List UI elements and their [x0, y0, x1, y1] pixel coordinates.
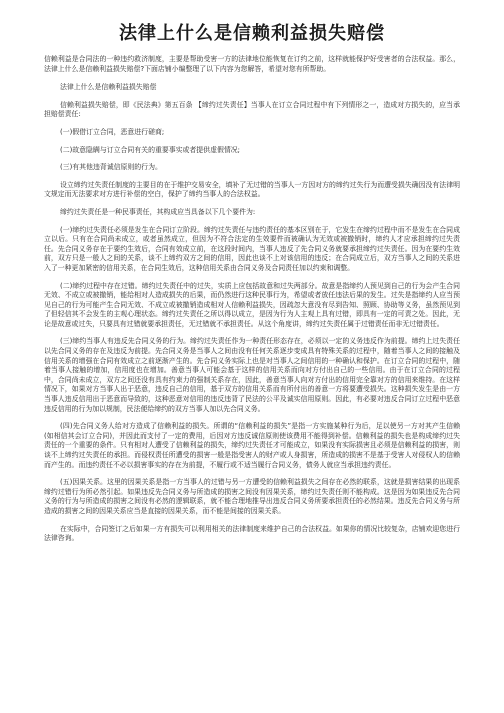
paragraph-purpose: 设立缔约过失责任制度的主要目的在于维护交易安全，填补了无过错的当事人一方因对方的…: [44, 181, 460, 200]
section-heading: 法律上什么是信赖利益损失赔偿: [44, 83, 460, 93]
list-item-1: (一)假借订立合同，恶意进行磋商;: [44, 128, 460, 138]
paragraph-element-1: (一)缔约过失责任必须是发生在合同订立阶段。缔约过失责任与违约责任的基本区别在于…: [44, 226, 460, 274]
paragraph-legal-basis: 信赖利益损失赔偿，即《民法典》第五百条 【缔约过失责任】当事人在订立合同过程中有…: [44, 101, 460, 120]
page-title: 法律上什么是信赖利益损失赔偿: [0, 21, 504, 47]
paragraph-element-4: (四)先合同义务人给对方造成了信赖利益的损失。所谓的“信赖利益的损失”是指一方实…: [44, 422, 460, 470]
paragraph-element-2: (二)缔约过程中存在过错。缔约过失责任中的过失，实质上应包括故意和过失两部分。故…: [44, 282, 460, 330]
paragraph-elements-intro: 缔约过失责任是一种民事责任，其构成应当具备以下几个要件为:: [44, 208, 460, 218]
intro-paragraph: 信赖利益是合同法的一种违约救济制度，主要是帮助受害一方的法律地位能恢复在订约之前…: [44, 55, 460, 74]
paragraph-conclusion: 在实际中，合同签订之后如果一方有损失可以利用相关的法律制度来维护自己的合法权益。…: [44, 525, 460, 544]
list-item-2: (二)故意隐瞒与订立合同有关的重要事实或者提供虚假情况;: [44, 146, 460, 156]
paragraph-element-5: (五)因果关系。这里的因果关系是指一方当事人的过错与另一方遭受的信赖利益损失之间…: [44, 478, 460, 516]
paragraph-element-3: (三)缔约当事人有违反先合同义务的行为。缔约过失责任作为一种责任形态存在，必须以…: [44, 337, 460, 414]
article-body: 信赖利益是合同法的一种违约救济制度，主要是帮助受害一方的法律地位能恢复在订约之前…: [44, 55, 460, 552]
document-page: 法律上什么是信赖利益损失赔偿 信赖利益是合同法的一种违约救济制度，主要是帮助受害…: [0, 0, 504, 713]
list-item-3: (三)有其他违背诚信原则的行为。: [44, 163, 460, 173]
